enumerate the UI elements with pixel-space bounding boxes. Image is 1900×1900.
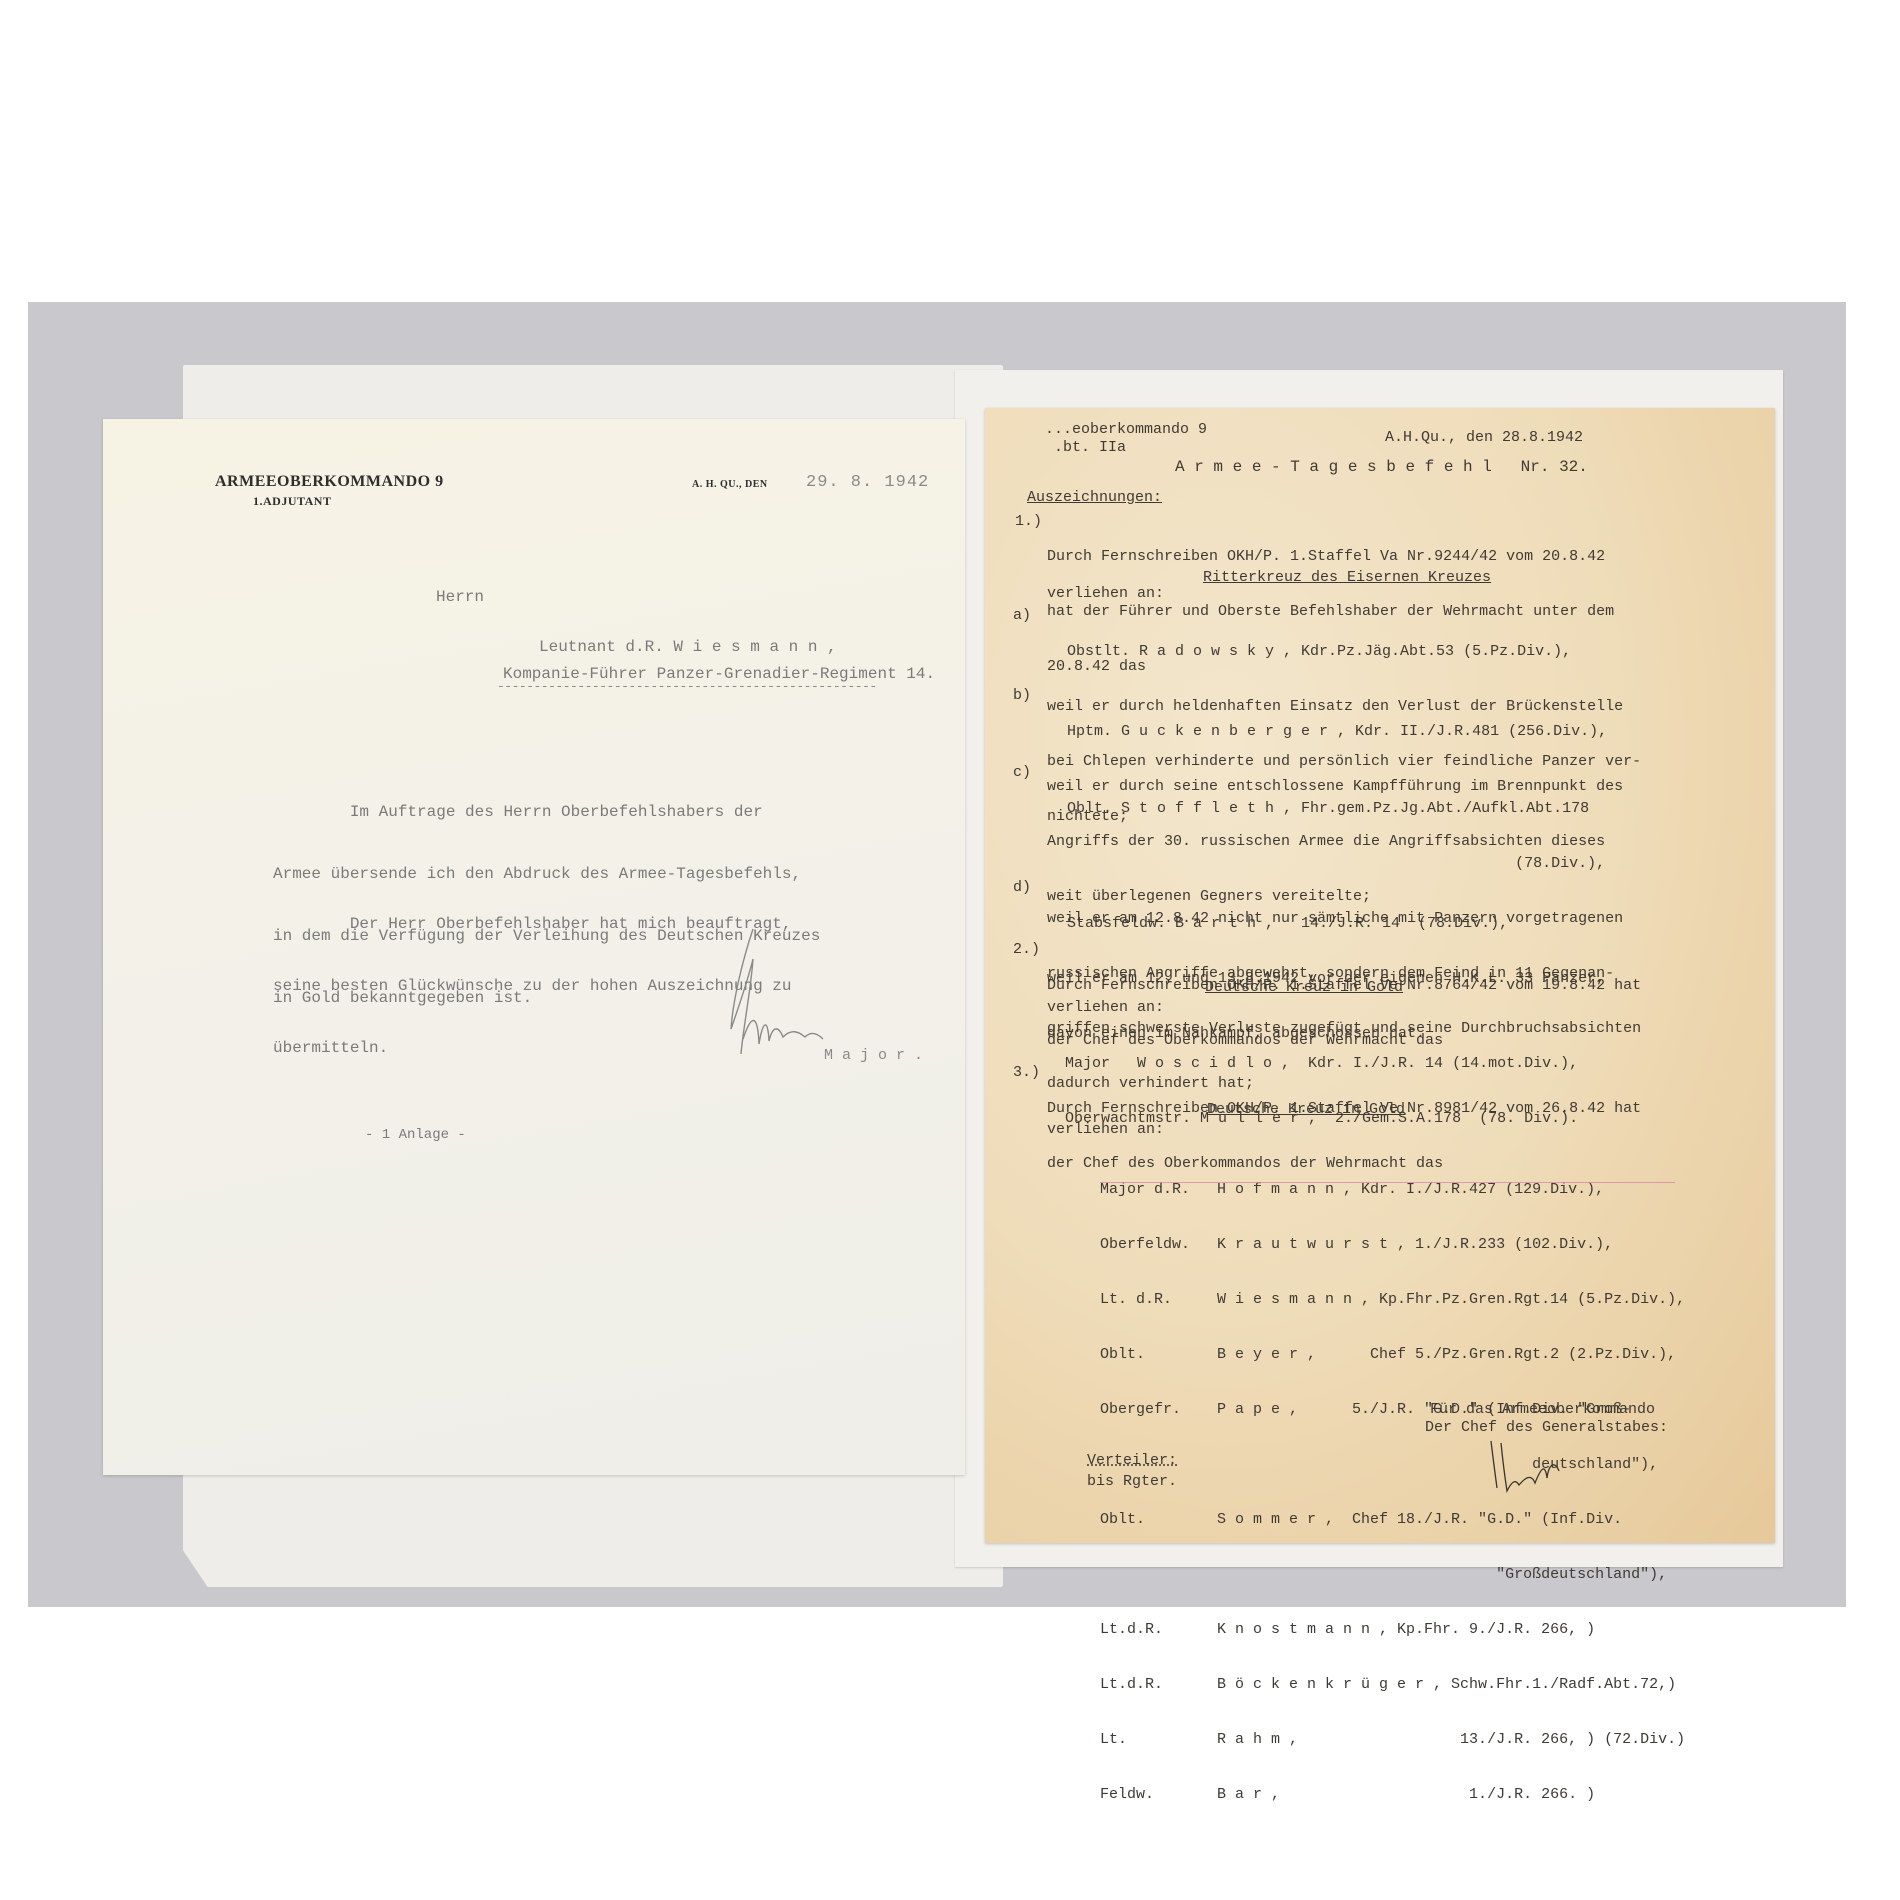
list-item: Oblt. B e y e r , Chef 5./Pz.Gren.Rgt.2 … bbox=[1100, 1345, 1685, 1364]
item-1-award: Ritterkreuz des Eisernen Kreuzes bbox=[1203, 568, 1491, 587]
address-rule: ----------------------------------------… bbox=[497, 679, 877, 694]
recipient-d-letter: d) bbox=[1013, 878, 1031, 897]
list-item: Lt. d.R. W i e s m a n n , Kp.Fhr.Pz.Gre… bbox=[1100, 1290, 1685, 1309]
distribution-value: bis Rgter. bbox=[1087, 1472, 1177, 1491]
item-3-recipients: Major d.R. H o f m a n n , Kdr. I./J.R.4… bbox=[1100, 1144, 1685, 1840]
enclosure-note: - 1 Anlage - bbox=[365, 1127, 466, 1143]
salutation: Herrn bbox=[436, 584, 484, 610]
letter-date: 29. 8. 1942 bbox=[806, 473, 929, 492]
item-1-awarded-to: verliehen an: bbox=[1047, 584, 1164, 603]
list-item: Lt.d.R. B ö c k e n k r ü g e r , Schw.F… bbox=[1100, 1675, 1685, 1694]
item-3-award: Deutsche Kreuz in Gold bbox=[1207, 1100, 1405, 1119]
list-item: "Großdeutschland"), bbox=[1100, 1565, 1685, 1584]
list-item: Oberfeldw. K r a u t w u r s t , 1./J.R.… bbox=[1100, 1235, 1685, 1254]
list-item: Lt. R a h m , 13./J.R. 266, ) (72.Div.) bbox=[1100, 1730, 1685, 1749]
section-heading: Auszeichnungen: bbox=[1027, 488, 1162, 507]
list-item: Feldw. B a r , 1./J.R. 266. ) bbox=[1100, 1785, 1685, 1804]
order-dept: .bt. IIa bbox=[1045, 438, 1126, 457]
letterhead-title: ARMEEOBERKOMMANDO 9 bbox=[215, 473, 444, 491]
item-3-number: 3.) bbox=[1013, 1063, 1040, 1082]
place-label: A. H. QU., DEN bbox=[692, 479, 768, 490]
order-date: A.H.Qu., den 28.8.1942 bbox=[1385, 428, 1583, 447]
order-title: A r m e e - T a g e s b e f e h l Nr. 32… bbox=[1175, 458, 1588, 476]
recipient-a-letter: a) bbox=[1013, 606, 1031, 625]
army-daily-order: ...eoberkommando 9 .bt. IIa A.H.Qu., den… bbox=[985, 408, 1775, 1543]
item-1-number: 1.) bbox=[1015, 512, 1042, 531]
item-2-award: Deutsche Kreuz in Gold bbox=[1205, 978, 1403, 997]
letterhead-subtitle: 1.ADJUTANT bbox=[253, 494, 331, 509]
recipient-b-letter: b) bbox=[1013, 686, 1031, 705]
item-2-number: 2.) bbox=[1013, 940, 1040, 959]
distribution-label: Verteiler: bbox=[1087, 1451, 1177, 1470]
list-item: deutschland"), bbox=[1100, 1455, 1685, 1474]
signature-chief-of-staff bbox=[1485, 1433, 1595, 1503]
closing-line-1: Für das Armeeoberkommando bbox=[1430, 1400, 1655, 1419]
cover-letter: ARMEEOBERKOMMANDO 9 1.ADJUTANT A. H. QU.… bbox=[103, 419, 965, 1475]
list-item: Oblt. S o m m e r , Chef 18./J.R. "G.D."… bbox=[1100, 1510, 1685, 1529]
item-3-awarded-to: verliehen an: bbox=[1047, 1120, 1164, 1139]
signature-rank: M a j o r . bbox=[824, 1047, 923, 1064]
item-2-awarded-to: verliehen an: bbox=[1047, 998, 1164, 1017]
list-item: Lt.d.R. K n o s t m a n n , Kp.Fhr. 9./J… bbox=[1100, 1620, 1685, 1639]
recipient-name: Leutnant d.R. W i e s m a n n , bbox=[539, 634, 837, 660]
recipient-c-letter: c) bbox=[1013, 763, 1031, 782]
highlight-underline bbox=[1100, 1182, 1675, 1183]
order-org: ...eoberkommando 9 bbox=[1045, 420, 1207, 439]
